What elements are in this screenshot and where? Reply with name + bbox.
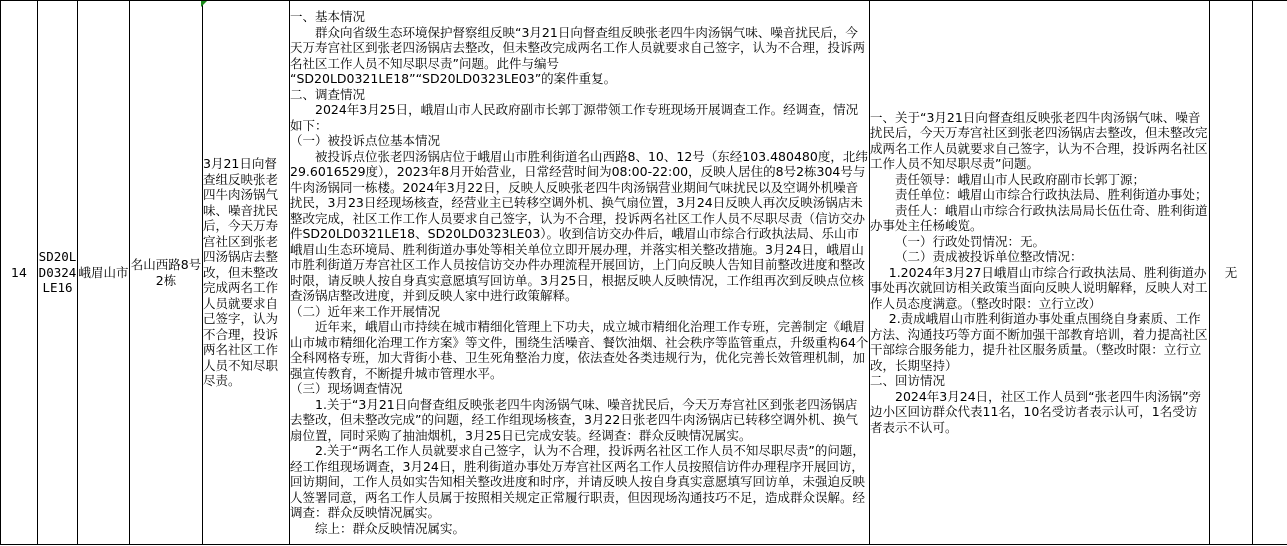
cell-comment-marker-icon xyxy=(201,1,207,7)
cell-extra[interactable] xyxy=(1253,1,1287,545)
cell-handling[interactable]: 一、关于“3月21日向督查组反映张老四牛肉汤锅气味、噪音扰民后，今天万寿宫社区到… xyxy=(870,1,1210,545)
cell-region[interactable]: 峨眉山市 xyxy=(78,1,130,545)
case-code-text: SD20L D0324 LE16 xyxy=(38,249,77,296)
handling-body: 一、关于“3月21日向督查组反映张老四牛肉汤锅气味、噪音扰民后，今天万寿宫社区到… xyxy=(870,110,1209,436)
investigation-paragraph: （三）现场调查情况 xyxy=(290,381,869,397)
handling-paragraph: 责任人：峨眉山市综合行政执法局局长伍仕奇、胜利街道办事处主任杨峻览。 xyxy=(870,203,1209,234)
region-text: 峨眉山市 xyxy=(78,265,129,281)
investigation-paragraph: 近年来，峨眉山市持续在城市精细化管理上下功夫，成立城市精细化治理工作专班，完善制… xyxy=(290,319,869,381)
investigation-paragraph: “SD20LD0321LE18”“SD20LD0323LE03”的案件重复。 xyxy=(290,71,869,87)
address-text: 名山西路8号2栋 xyxy=(130,257,202,288)
investigation-paragraph: 综上：群众反映情况属实。 xyxy=(290,521,869,537)
spreadsheet-view: 14 SD20L D0324 LE16 峨眉山市 名山西路8号2栋 3月21日向… xyxy=(0,0,1287,546)
handling-paragraph: 1.2024年3月27日峨眉山市综合行政执法局、胜利街道办事处再次就回访相关政策… xyxy=(870,265,1209,312)
handling-paragraph: 一、关于“3月21日向督查组反映张老四牛肉汤锅气味、噪音扰民后，今天万寿宫社区到… xyxy=(870,110,1209,172)
cell-index[interactable]: 14 xyxy=(1,1,38,545)
investigation-paragraph: （一）被投诉点位基本情况 xyxy=(290,133,869,149)
investigation-paragraph: 2024年3月25日，峨眉山市人民政府副市长郭丁源带领工作专班现场开展调查工作。… xyxy=(290,102,869,133)
investigation-body: 一、基本情况群众向省级生态环境保护督察组反映“3月21日向督查组反映张老四牛肉汤… xyxy=(290,9,869,536)
case-table: 14 SD20L D0324 LE16 峨眉山市 名山西路8号2栋 3月21日向… xyxy=(0,0,1287,545)
investigation-paragraph: 群众向省级生态环境保护督察组反映“3月21日向督查组反映张老四牛肉汤锅气味、噪音… xyxy=(290,25,869,72)
handling-paragraph: 2024年3月24日，社区工作人员到“张老四牛肉汤锅”旁边小区回访群众代表11名… xyxy=(870,389,1209,436)
cell-case-code[interactable]: SD20L D0324 LE16 xyxy=(38,1,78,545)
investigation-paragraph: 被投诉点位张老四汤锅店位于峨眉山市胜利街道名山西路8、10、12号（东经103.… xyxy=(290,149,869,304)
complaint-summary-text: 3月21日向督查组反映张老四牛肉汤锅气味、噪音扰民后，今天万寿宫社区到张老四汤锅… xyxy=(203,156,289,389)
handling-paragraph: （一）行政处罚情况：无。 xyxy=(870,234,1209,250)
handling-paragraph: 二、回访情况 xyxy=(870,373,1209,389)
handling-paragraph: 责任单位：峨眉山市综合行政执法局、胜利街道办事处； xyxy=(870,187,1209,203)
investigation-paragraph: 1.关于“3月21日向督查组反映张老四牛肉汤锅气味、噪音扰民后，今天万寿宫社区到… xyxy=(290,397,869,444)
investigation-paragraph: （二）近年来工作开展情况 xyxy=(290,304,869,320)
cell-address[interactable]: 名山西路8号2栋 xyxy=(130,1,203,545)
investigation-paragraph: 一、基本情况 xyxy=(290,9,869,25)
table-row: 14 SD20L D0324 LE16 峨眉山市 名山西路8号2栋 3月21日向… xyxy=(1,1,1287,545)
cell-penalty[interactable]: 无 xyxy=(1210,1,1253,545)
cell-investigation[interactable]: 一、基本情况群众向省级生态环境保护督察组反映“3月21日向督查组反映张老四牛肉汤… xyxy=(290,1,870,545)
handling-paragraph: （二）责成被投诉单位整改情况： xyxy=(870,249,1209,265)
investigation-paragraph: 2.关于“两名工作人员就要求自己签字，认为不合理，投诉两名社区工作人员不知尽职尽… xyxy=(290,443,869,521)
handling-paragraph: 责任领导：峨眉山市人民政府副市长郭丁源； xyxy=(870,172,1209,188)
investigation-paragraph: 二、调查情况 xyxy=(290,87,869,103)
handling-paragraph: 2.责成峨眉山市胜利街道办事处重点围绕自身素质、工作方法、沟通技巧等方面不断加强… xyxy=(870,311,1209,373)
cell-complaint-summary[interactable]: 3月21日向督查组反映张老四牛肉汤锅气味、噪音扰民后，今天万寿宫社区到张老四汤锅… xyxy=(203,1,290,545)
